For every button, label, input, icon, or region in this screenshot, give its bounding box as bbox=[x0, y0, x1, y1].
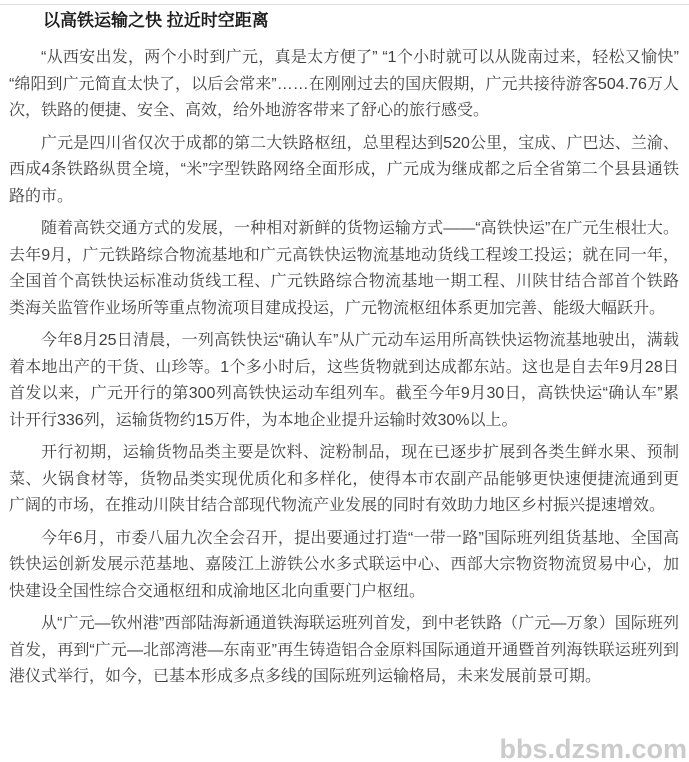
article-paragraph: “从西安出发，两个小时到广元，真是太方便了” “1个小时就可以从陇南过来，轻松又… bbox=[9, 45, 679, 125]
article-paragraph: 今年8月25日清晨，一列高铁快运“确认车”从广元动车运用所高铁快运物流基地驶出，… bbox=[9, 328, 679, 434]
article-body: 以高铁运输之快 拉近时空距离 “从西安出发，两个小时到广元，真是太方便了” “1… bbox=[0, 0, 689, 691]
top-divider bbox=[0, 4, 689, 5]
article-title: 以高铁运输之快 拉近时空距离 bbox=[9, 10, 679, 32]
article-paragraph: 随着高铁交通方式的发展，一种相对新鲜的货物运输方式——“高铁快运”在广元生根壮大… bbox=[9, 216, 679, 322]
site-watermark: bbs.dzsm.com bbox=[499, 734, 687, 762]
article-paragraph: 广元是四川省仅次于成都的第二大铁路枢纽，总里程达到520公里，宝成、广巴达、兰渝… bbox=[9, 131, 679, 211]
article-paragraph: 开行初期，运输货物品类主要是饮料、淀粉制品，现在已逐步扩展到各类生鲜水果、预制菜… bbox=[9, 440, 679, 520]
article-paragraph: 今年6月，市委八届九次全会召开，提出要通过打造“一带一路”国际班列组货基地、全国… bbox=[9, 526, 679, 606]
article-paragraph: 从“广元—钦州港”西部陆海新通道铁海联运班列首发，到中老铁路（广元—万象）国际班… bbox=[9, 611, 679, 691]
